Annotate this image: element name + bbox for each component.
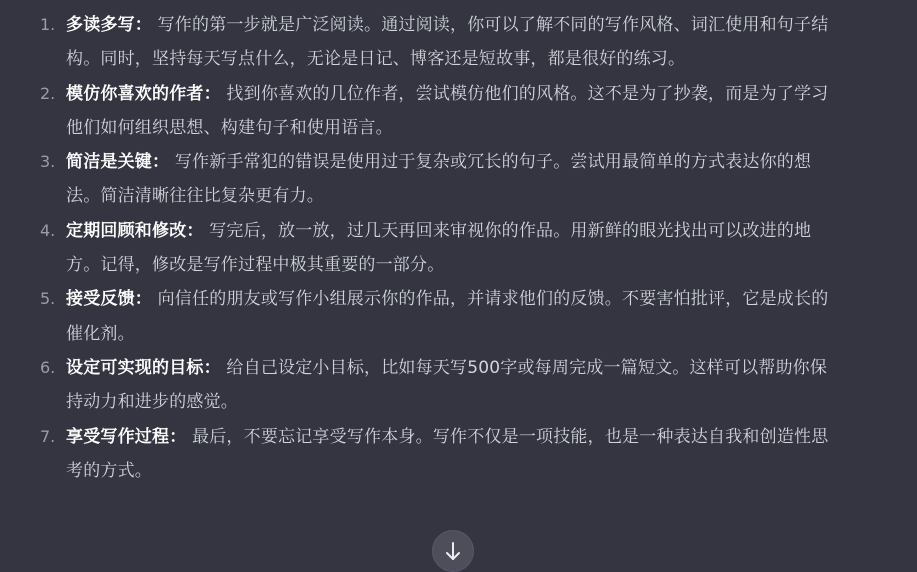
list-item-text: 向信任的朋友或写作小组展示你的作品，并请求他们的反馈。不要害怕批评，它是成长的催… [66, 289, 828, 343]
list-item-title: 设定可实现的目标： [66, 358, 221, 378]
list-item-title: 定期回顾和修改： [66, 221, 204, 241]
list-item-body: 享受写作过程： 最后，不要忘记享受写作本身。写作不仅是一项技能，也是一种表达自我… [66, 420, 830, 489]
list-item: 3. 简洁是关键： 写作新手常犯的错误是使用过于复杂或冗长的句子。尝试用最简单的… [40, 145, 830, 214]
list-number: 6. [40, 351, 66, 385]
list-item: 6. 设定可实现的目标： 给自己设定小目标，比如每天写500字或每周完成一篇短文… [40, 351, 830, 420]
writing-tips-list: 1. 多读多写： 写作的第一步就是广泛阅读。通过阅读，你可以了解不同的写作风格、… [40, 8, 830, 488]
list-number: 3. [40, 145, 66, 179]
list-item-body: 接受反馈： 向信任的朋友或写作小组展示你的作品，并请求他们的反馈。不要害怕批评，… [66, 282, 830, 351]
list-item-body: 定期回顾和修改： 写完后，放一放，过几天再回来审视你的作品。用新鲜的眼光找出可以… [66, 214, 830, 283]
list-number: 4. [40, 214, 66, 248]
list-item-text: 写作的第一步就是广泛阅读。通过阅读，你可以了解不同的写作风格、词汇使用和句子结构… [66, 15, 828, 69]
list-item: 4. 定期回顾和修改： 写完后，放一放，过几天再回来审视你的作品。用新鲜的眼光找… [40, 214, 830, 283]
arrow-down-icon [445, 541, 461, 555]
chat-message-content: 1. 多读多写： 写作的第一步就是广泛阅读。通过阅读，你可以了解不同的写作风格、… [40, 8, 830, 488]
list-number: 1. [40, 8, 66, 42]
list-item-body: 多读多写： 写作的第一步就是广泛阅读。通过阅读，你可以了解不同的写作风格、词汇使… [66, 8, 830, 77]
list-number: 7. [40, 420, 66, 454]
list-item-title: 模仿你喜欢的作者： [66, 84, 221, 104]
list-item: 7. 享受写作过程： 最后，不要忘记享受写作本身。写作不仅是一项技能，也是一种表… [40, 420, 830, 489]
list-item-title: 简洁是关键： [66, 152, 169, 172]
list-item: 5. 接受反馈： 向信任的朋友或写作小组展示你的作品，并请求他们的反馈。不要害怕… [40, 282, 830, 351]
list-item-title: 接受反馈： [66, 289, 152, 309]
list-item-text: 写作新手常犯的错误是使用过于复杂或冗长的句子。尝试用最简单的方式表达你的想法。简… [66, 152, 811, 206]
list-item-body: 简洁是关键： 写作新手常犯的错误是使用过于复杂或冗长的句子。尝试用最简单的方式表… [66, 145, 830, 214]
scroll-to-bottom-button[interactable] [432, 530, 474, 555]
list-number: 2. [40, 77, 66, 111]
list-item: 1. 多读多写： 写作的第一步就是广泛阅读。通过阅读，你可以了解不同的写作风格、… [40, 8, 830, 77]
list-item-title: 享受写作过程： [66, 427, 186, 447]
list-item-body: 模仿你喜欢的作者： 找到你喜欢的几位作者，尝试模仿他们的风格。这不是为了抄袭，而… [66, 77, 830, 146]
list-item: 2. 模仿你喜欢的作者： 找到你喜欢的几位作者，尝试模仿他们的风格。这不是为了抄… [40, 77, 830, 146]
list-number: 5. [40, 282, 66, 316]
list-item-body: 设定可实现的目标： 给自己设定小目标，比如每天写500字或每周完成一篇短文。这样… [66, 351, 830, 420]
list-item-title: 多读多写： [66, 15, 152, 35]
